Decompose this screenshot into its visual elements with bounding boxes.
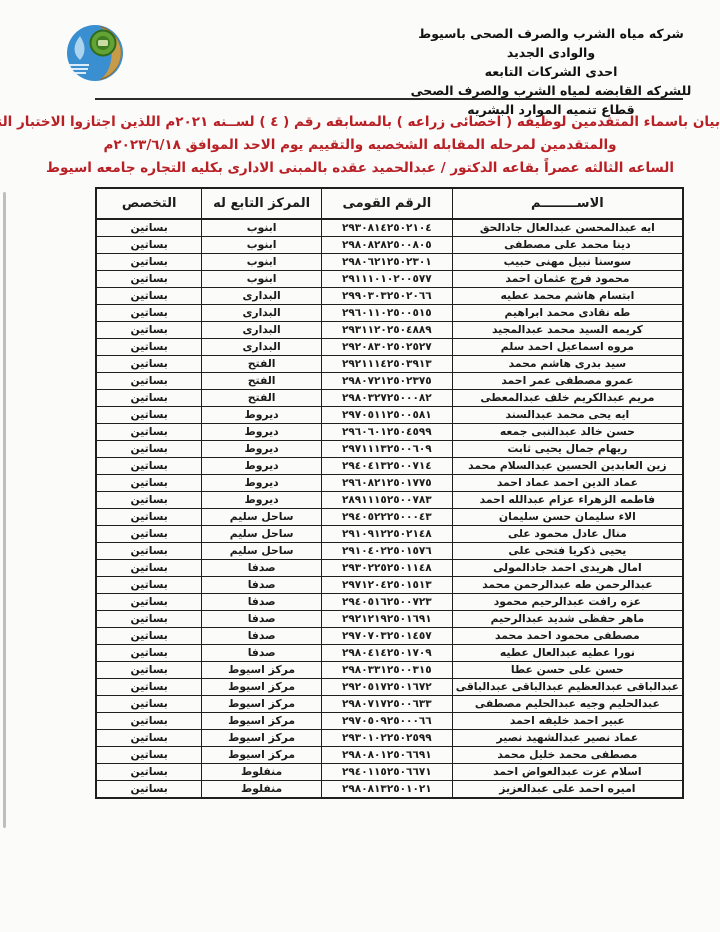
cell-center: صدفا <box>202 560 322 577</box>
header-name: الاســــــــم <box>452 188 683 219</box>
cell-name: سوسنا نبيل مهنى حبيب <box>452 254 683 271</box>
cell-name: حسن خالد عبدالنبى جمعه <box>452 424 683 441</box>
cell-center: ابنوب <box>202 219 322 237</box>
table-row: عماد نصير عبدالشهيد نصير٢٩٣٠١٠٢٢٥٠٢٥٩٩مر… <box>96 730 683 747</box>
cell-name: زين العابدين الحسين عبدالسلام محمد <box>452 458 683 475</box>
table-row: فاطمه الزهراء عزام عبدالله احمد٢٨٩١١١٥٢٥… <box>96 492 683 509</box>
table-row: حسن خالد عبدالنبى جمعه٢٩٦٠٦٠١٢٥٠٤٥٩٩ديرو… <box>96 424 683 441</box>
cell-national-id: ٢٩٨٠٣٣١٢٥٠٠٣١٥ <box>321 662 452 679</box>
cell-national-id: ٢٩٦٠٨٢١٢٥٠١٧٧٥ <box>321 475 452 492</box>
cell-center: ساحل سليم <box>202 543 322 560</box>
cell-name: عزه رافت عبدالرحيم محمود <box>452 594 683 611</box>
cell-center: صدفا <box>202 645 322 662</box>
cell-specialty: بساتين <box>96 475 202 492</box>
cell-name: حسن على حسن عطا <box>452 662 683 679</box>
cell-center: ساحل سليم <box>202 509 322 526</box>
table-row: عبدالباقى عبدالعظيم عبدالباقى عبدالباقى٢… <box>96 679 683 696</box>
cell-center: ساحل سليم <box>202 526 322 543</box>
cell-name: مريم عبدالكريم خلف عبدالمعطى <box>452 390 683 407</box>
applicants-table: الاســــــــم الرقم القومى المركز التابع… <box>95 187 684 799</box>
cell-name: دينا محمد على مصطفى <box>452 237 683 254</box>
applicants-table-container: الاســــــــم الرقم القومى المركز التابع… <box>95 187 684 799</box>
title-line-3: الساعه الثالثه عصراً بقاعه الدكتور / عبد… <box>0 157 720 180</box>
cell-center: صدفا <box>202 594 322 611</box>
cell-specialty: بساتين <box>96 713 202 730</box>
table-row: عبدالحليم وجيه عبدالحليم مصطفى٢٩٨٠٧١٧٢٥٠… <box>96 696 683 713</box>
cell-center: مركز اسيوط <box>202 662 322 679</box>
cell-national-id: ٢٩٨٠٨٠١٢٥٠٦٦٩١ <box>321 747 452 764</box>
cell-center: البدارى <box>202 288 322 305</box>
title-line-2: والمتقدمين لمرحله المقابله الشخصيه والتق… <box>0 134 720 157</box>
table-row: مصطفى محمد خليل محمد٢٩٨٠٨٠١٢٥٠٦٦٩١مركز ا… <box>96 747 683 764</box>
cell-specialty: بساتين <box>96 356 202 373</box>
cell-name: عبير احمد خليفه احمد <box>452 713 683 730</box>
cell-national-id: ٢٩٣٠١٠٢٢٥٠٢٥٩٩ <box>321 730 452 747</box>
cell-center: صدفا <box>202 611 322 628</box>
cell-center: ديروط <box>202 458 322 475</box>
table-row: عمرو مصطفى عمر احمد٢٩٨٠٧٢١٢٥٠٢٣٧٥الفتحبس… <box>96 373 683 390</box>
cell-national-id: ٢٩١٠٤٠٢٢٥٠١٥٧٦ <box>321 543 452 560</box>
cell-name: عمرو مصطفى عمر احمد <box>452 373 683 390</box>
cell-name: مصطفى محمد خليل محمد <box>452 747 683 764</box>
table-row: ماهر حفظى شديد عبدالرحيم٢٩٢١٢١٩٢٥٠١٦٩١صد… <box>96 611 683 628</box>
cell-national-id: ٢٩٧٠٥١١٢٥٠٠٥٨١ <box>321 407 452 424</box>
cell-specialty: بساتين <box>96 390 202 407</box>
cell-national-id: ٢٩٤٠٥٢٢٢٥٠٠٠٤٣ <box>321 509 452 526</box>
cell-national-id: ٢٩١١١٠١٠٢٠٠٥٧٧ <box>321 271 452 288</box>
table-row: محمود فرج عثمان احمد٢٩١١١٠١٠٢٠٠٥٧٧ابنوبب… <box>96 271 683 288</box>
cell-national-id: ٢٩٨٠٧١٧٢٥٠٠٦٣٣ <box>321 696 452 713</box>
cell-center: مركز اسيوط <box>202 679 322 696</box>
cell-center: ديروط <box>202 492 322 509</box>
table-row: سيد بدرى هاشم محمد٢٩٢١١١٤٢٥٠٣٩١٣الفتحبسا… <box>96 356 683 373</box>
cell-name: ريهام جمال يحيى ثابت <box>452 441 683 458</box>
letterhead: شركه مياه الشرب والصرف الصحى باسيوط والو… <box>400 24 702 119</box>
cell-center: مركز اسيوط <box>202 713 322 730</box>
cell-national-id: ٢٩٨٠٦٢١٢٥٠٢٣٠١ <box>321 254 452 271</box>
cell-center: الفتح <box>202 390 322 407</box>
cell-center: البدارى <box>202 305 322 322</box>
cell-center: ديروط <box>202 475 322 492</box>
cell-center: ديروط <box>202 407 322 424</box>
cell-name: عبدالرحمن طه عبدالرحمن محمد <box>452 577 683 594</box>
table-row: عبدالرحمن طه عبدالرحمن محمد٢٩٧١٢٠٤٢٥٠١٥١… <box>96 577 683 594</box>
letterhead-company-name: شركه مياه الشرب والصرف الصحى باسيوط والو… <box>400 24 702 62</box>
table-row: اسلام عزت عبدالعواض احمد٢٩٤٠١١٥٢٥٠٦٦٧١من… <box>96 764 683 781</box>
cell-name: مصطفى محمود احمد محمد <box>452 628 683 645</box>
cell-name: منال عادل محمود على <box>452 526 683 543</box>
cell-specialty: بساتين <box>96 458 202 475</box>
cell-specialty: بساتين <box>96 543 202 560</box>
cell-national-id: ٢٩٢٠٥١٧٢٥٠١٦٧٢ <box>321 679 452 696</box>
cell-national-id: ٢٩٨٠٨٢٨٢٥٠٠٨٠٥ <box>321 237 452 254</box>
table-row: امال هريدى احمد جادالمولى٢٩٣٠٢٢٥٢٥٠١١٤٨ص… <box>96 560 683 577</box>
cell-national-id: ٢٨٩١١١٥٢٥٠٠٧٨٣ <box>321 492 452 509</box>
cell-national-id: ٢٩٤٠٥١٦٢٥٠٠٧٢٣ <box>321 594 452 611</box>
cell-center: ابنوب <box>202 237 322 254</box>
table-row: نورا عطيه عبدالعال عطيه٢٩٨٠٤١٤٢٥٠١٧٠٩صدف… <box>96 645 683 662</box>
cell-specialty: بساتين <box>96 441 202 458</box>
cell-national-id: ٢٩٦٠٦٠١٢٥٠٤٥٩٩ <box>321 424 452 441</box>
cell-specialty: بساتين <box>96 271 202 288</box>
cell-specialty: بساتين <box>96 577 202 594</box>
cell-center: الفتح <box>202 373 322 390</box>
cell-name: ايه يحى محمد عبدالسند <box>452 407 683 424</box>
cell-name: الاء سليمان حسن سليمان <box>452 509 683 526</box>
cell-name: طه نقادى محمد ابراهيم <box>452 305 683 322</box>
cell-national-id: ٢٩٨٠٤١٤٢٥٠١٧٠٩ <box>321 645 452 662</box>
cell-specialty: بساتين <box>96 611 202 628</box>
cell-national-id: ٢٩٨٠٧٢١٢٥٠٢٣٧٥ <box>321 373 452 390</box>
cell-center: صدفا <box>202 577 322 594</box>
company-logo <box>58 22 136 84</box>
cell-national-id: ٢٩٧٠٧٠٣٢٥٠١٤٥٧ <box>321 628 452 645</box>
cell-specialty: بساتين <box>96 373 202 390</box>
cell-center: ديروط <box>202 424 322 441</box>
cell-national-id: ٢٩٢١١١٤٢٥٠٣٩١٣ <box>321 356 452 373</box>
cell-name: ماهر حفظى شديد عبدالرحيم <box>452 611 683 628</box>
cell-specialty: بساتين <box>96 219 202 237</box>
cell-name: ابتسام هاشم محمد عطيه <box>452 288 683 305</box>
table-row: زين العابدين الحسين عبدالسلام محمد٢٩٤٠٤١… <box>96 458 683 475</box>
cell-center: مركز اسيوط <box>202 747 322 764</box>
cell-specialty: بساتين <box>96 492 202 509</box>
cell-specialty: بساتين <box>96 424 202 441</box>
cell-national-id: ٢٩٨٠٨١٣٢٥٠١٠٢١ <box>321 781 452 799</box>
table-row: مصطفى محمود احمد محمد٢٩٧٠٧٠٣٢٥٠١٤٥٧صدفاب… <box>96 628 683 645</box>
cell-center: منفلوط <box>202 764 322 781</box>
scanned-document-page: شركه مياه الشرب والصرف الصحى باسيوط والو… <box>0 0 720 932</box>
document-title: بيان باسماء المتقدمين لوظيفه ( اخصائى زر… <box>0 111 720 180</box>
cell-specialty: بساتين <box>96 781 202 799</box>
cell-center: صدفا <box>202 628 322 645</box>
table-row: ايه يحى محمد عبدالسند٢٩٧٠٥١١٢٥٠٠٥٨١ديروط… <box>96 407 683 424</box>
cell-center: مركز اسيوط <box>202 730 322 747</box>
cell-center: ابنوب <box>202 254 322 271</box>
cell-name: عبدالباقى عبدالعظيم عبدالباقى عبدالباقى <box>452 679 683 696</box>
cell-national-id: ٢٩٦٠١١٠٢٥٠٠٥١٥ <box>321 305 452 322</box>
water-company-emblem-icon <box>58 22 136 84</box>
table-row: عزه رافت عبدالرحيم محمود٢٩٤٠٥١٦٢٥٠٠٧٢٣صد… <box>96 594 683 611</box>
table-row: سوسنا نبيل مهنى حبيب٢٩٨٠٦٢١٢٥٠٢٣٠١ابنوبب… <box>96 254 683 271</box>
cell-name: سيد بدرى هاشم محمد <box>452 356 683 373</box>
cell-national-id: ٢٩٣١١٢٠٢٥٠٤٨٨٩ <box>321 322 452 339</box>
cell-center: ابنوب <box>202 271 322 288</box>
table-row: دينا محمد على مصطفى٢٩٨٠٨٢٨٢٥٠٠٨٠٥ابنوببس… <box>96 237 683 254</box>
cell-name: عماد الدين احمد عماد احمد <box>452 475 683 492</box>
cell-specialty: بساتين <box>96 407 202 424</box>
table-row: طه نقادى محمد ابراهيم٢٩٦٠١١٠٢٥٠٠٥١٥البدا… <box>96 305 683 322</box>
cell-center: البدارى <box>202 339 322 356</box>
cell-name: كريمه السيد محمد عبدالمجيد <box>452 322 683 339</box>
horizontal-rule <box>95 98 683 100</box>
cell-national-id: ٢٩٤٠٤١٣٢٥٠٠٧١٤ <box>321 458 452 475</box>
letterhead-subline-1: احدى الشركات التابعه <box>400 62 702 81</box>
cell-name: اسلام عزت عبدالعواض احمد <box>452 764 683 781</box>
table-row: مريم عبدالكريم خلف عبدالمعطى٢٩٨٠٣٢٧٢٥٠٠٠… <box>96 390 683 407</box>
cell-name: يحيى ذكريا فتحى على <box>452 543 683 560</box>
cell-specialty: بساتين <box>96 645 202 662</box>
cell-national-id: ٢٩١٠٩١٢٢٥٠٢١٤٨ <box>321 526 452 543</box>
cell-national-id: ٢٩٧١٢٠٤٢٥٠١٥١٣ <box>321 577 452 594</box>
scan-edge-artifact <box>3 192 6 828</box>
cell-center: منفلوط <box>202 781 322 799</box>
cell-name: ايه عبدالمحسن عبدالعال جادالحق <box>452 219 683 237</box>
table-row: منال عادل محمود على٢٩١٠٩١٢٢٥٠٢١٤٨ساحل سل… <box>96 526 683 543</box>
table-row: اميره احمد على عبدالعزيز٢٩٨٠٨١٣٢٥٠١٠٢١من… <box>96 781 683 799</box>
table-row: عبير احمد خليفه احمد٢٩٧٠٥٠٩٢٥٠٠٠٦٦مركز ا… <box>96 713 683 730</box>
header-national-id: الرقم القومى <box>321 188 452 219</box>
cell-specialty: بساتين <box>96 628 202 645</box>
cell-name: اميره احمد على عبدالعزيز <box>452 781 683 799</box>
cell-name: امال هريدى احمد جادالمولى <box>452 560 683 577</box>
table-row: الاء سليمان حسن سليمان٢٩٤٠٥٢٢٢٥٠٠٠٤٣ساحل… <box>96 509 683 526</box>
applicants-table-body: ايه عبدالمحسن عبدالعال جادالحق٢٩٣٠٨١٤٢٥٠… <box>96 219 683 798</box>
cell-national-id: ٢٩٩٠٣٠٣٢٥٠٢٠٦٦ <box>321 288 452 305</box>
cell-specialty: بساتين <box>96 696 202 713</box>
cell-center: مركز اسيوط <box>202 696 322 713</box>
cell-specialty: بساتين <box>96 730 202 747</box>
cell-specialty: بساتين <box>96 594 202 611</box>
cell-specialty: بساتين <box>96 305 202 322</box>
cell-name: مروه اسماعيل احمد سلم <box>452 339 683 356</box>
cell-national-id: ٢٩٣٠٢٢٥٢٥٠١١٤٨ <box>321 560 452 577</box>
table-row: ايه عبدالمحسن عبدالعال جادالحق٢٩٣٠٨١٤٢٥٠… <box>96 219 683 237</box>
cell-center: ديروط <box>202 441 322 458</box>
cell-specialty: بساتين <box>96 288 202 305</box>
table-row: ريهام جمال يحيى ثابت٢٩٧١١١٣٢٥٠٠٦٠٩ديروطب… <box>96 441 683 458</box>
table-row: حسن على حسن عطا٢٩٨٠٣٣١٢٥٠٠٣١٥مركز اسيوطب… <box>96 662 683 679</box>
cell-national-id: ٢٩٢٠٨٣٠٢٥٠٢٥٢٧ <box>321 339 452 356</box>
cell-specialty: بساتين <box>96 662 202 679</box>
cell-name: نورا عطيه عبدالعال عطيه <box>452 645 683 662</box>
cell-specialty: بساتين <box>96 339 202 356</box>
cell-specialty: بساتين <box>96 526 202 543</box>
table-row: يحيى ذكريا فتحى على٢٩١٠٤٠٢٢٥٠١٥٧٦ساحل سل… <box>96 543 683 560</box>
cell-specialty: بساتين <box>96 254 202 271</box>
cell-name: فاطمه الزهراء عزام عبدالله احمد <box>452 492 683 509</box>
cell-specialty: بساتين <box>96 747 202 764</box>
table-row: مروه اسماعيل احمد سلم٢٩٢٠٨٣٠٢٥٠٢٥٢٧البدا… <box>96 339 683 356</box>
header-specialty: التخصص <box>96 188 202 219</box>
table-header-row: الاســــــــم الرقم القومى المركز التابع… <box>96 188 683 219</box>
table-row: ابتسام هاشم محمد عطيه٢٩٩٠٣٠٣٢٥٠٢٠٦٦البدا… <box>96 288 683 305</box>
cell-center: الفتح <box>202 356 322 373</box>
cell-specialty: بساتين <box>96 560 202 577</box>
cell-name: عبدالحليم وجيه عبدالحليم مصطفى <box>452 696 683 713</box>
cell-national-id: ٢٩٧٠٥٠٩٢٥٠٠٠٦٦ <box>321 713 452 730</box>
cell-specialty: بساتين <box>96 509 202 526</box>
cell-center: البدارى <box>202 322 322 339</box>
cell-name: عماد نصير عبدالشهيد نصير <box>452 730 683 747</box>
cell-national-id: ٢٩٨٠٣٢٧٢٥٠٠٠٨٢ <box>321 390 452 407</box>
cell-specialty: بساتين <box>96 322 202 339</box>
table-row: عماد الدين احمد عماد احمد٢٩٦٠٨٢١٢٥٠١٧٧٥د… <box>96 475 683 492</box>
cell-national-id: ٢٩٧١١١٣٢٥٠٠٦٠٩ <box>321 441 452 458</box>
cell-national-id: ٢٩٣٠٨١٤٢٥٠٢١٠٤ <box>321 219 452 237</box>
cell-name: محمود فرج عثمان احمد <box>452 271 683 288</box>
cell-national-id: ٢٩٤٠١١٥٢٥٠٦٦٧١ <box>321 764 452 781</box>
table-row: كريمه السيد محمد عبدالمجيد٢٩٣١١٢٠٢٥٠٤٨٨٩… <box>96 322 683 339</box>
title-line-1: بيان باسماء المتقدمين لوظيفه ( اخصائى زر… <box>0 111 720 134</box>
cell-specialty: بساتين <box>96 679 202 696</box>
cell-national-id: ٢٩٢١٢١٩٢٥٠١٦٩١ <box>321 611 452 628</box>
cell-specialty: بساتين <box>96 764 202 781</box>
header-center: المركز التابع له <box>202 188 322 219</box>
cell-specialty: بساتين <box>96 237 202 254</box>
